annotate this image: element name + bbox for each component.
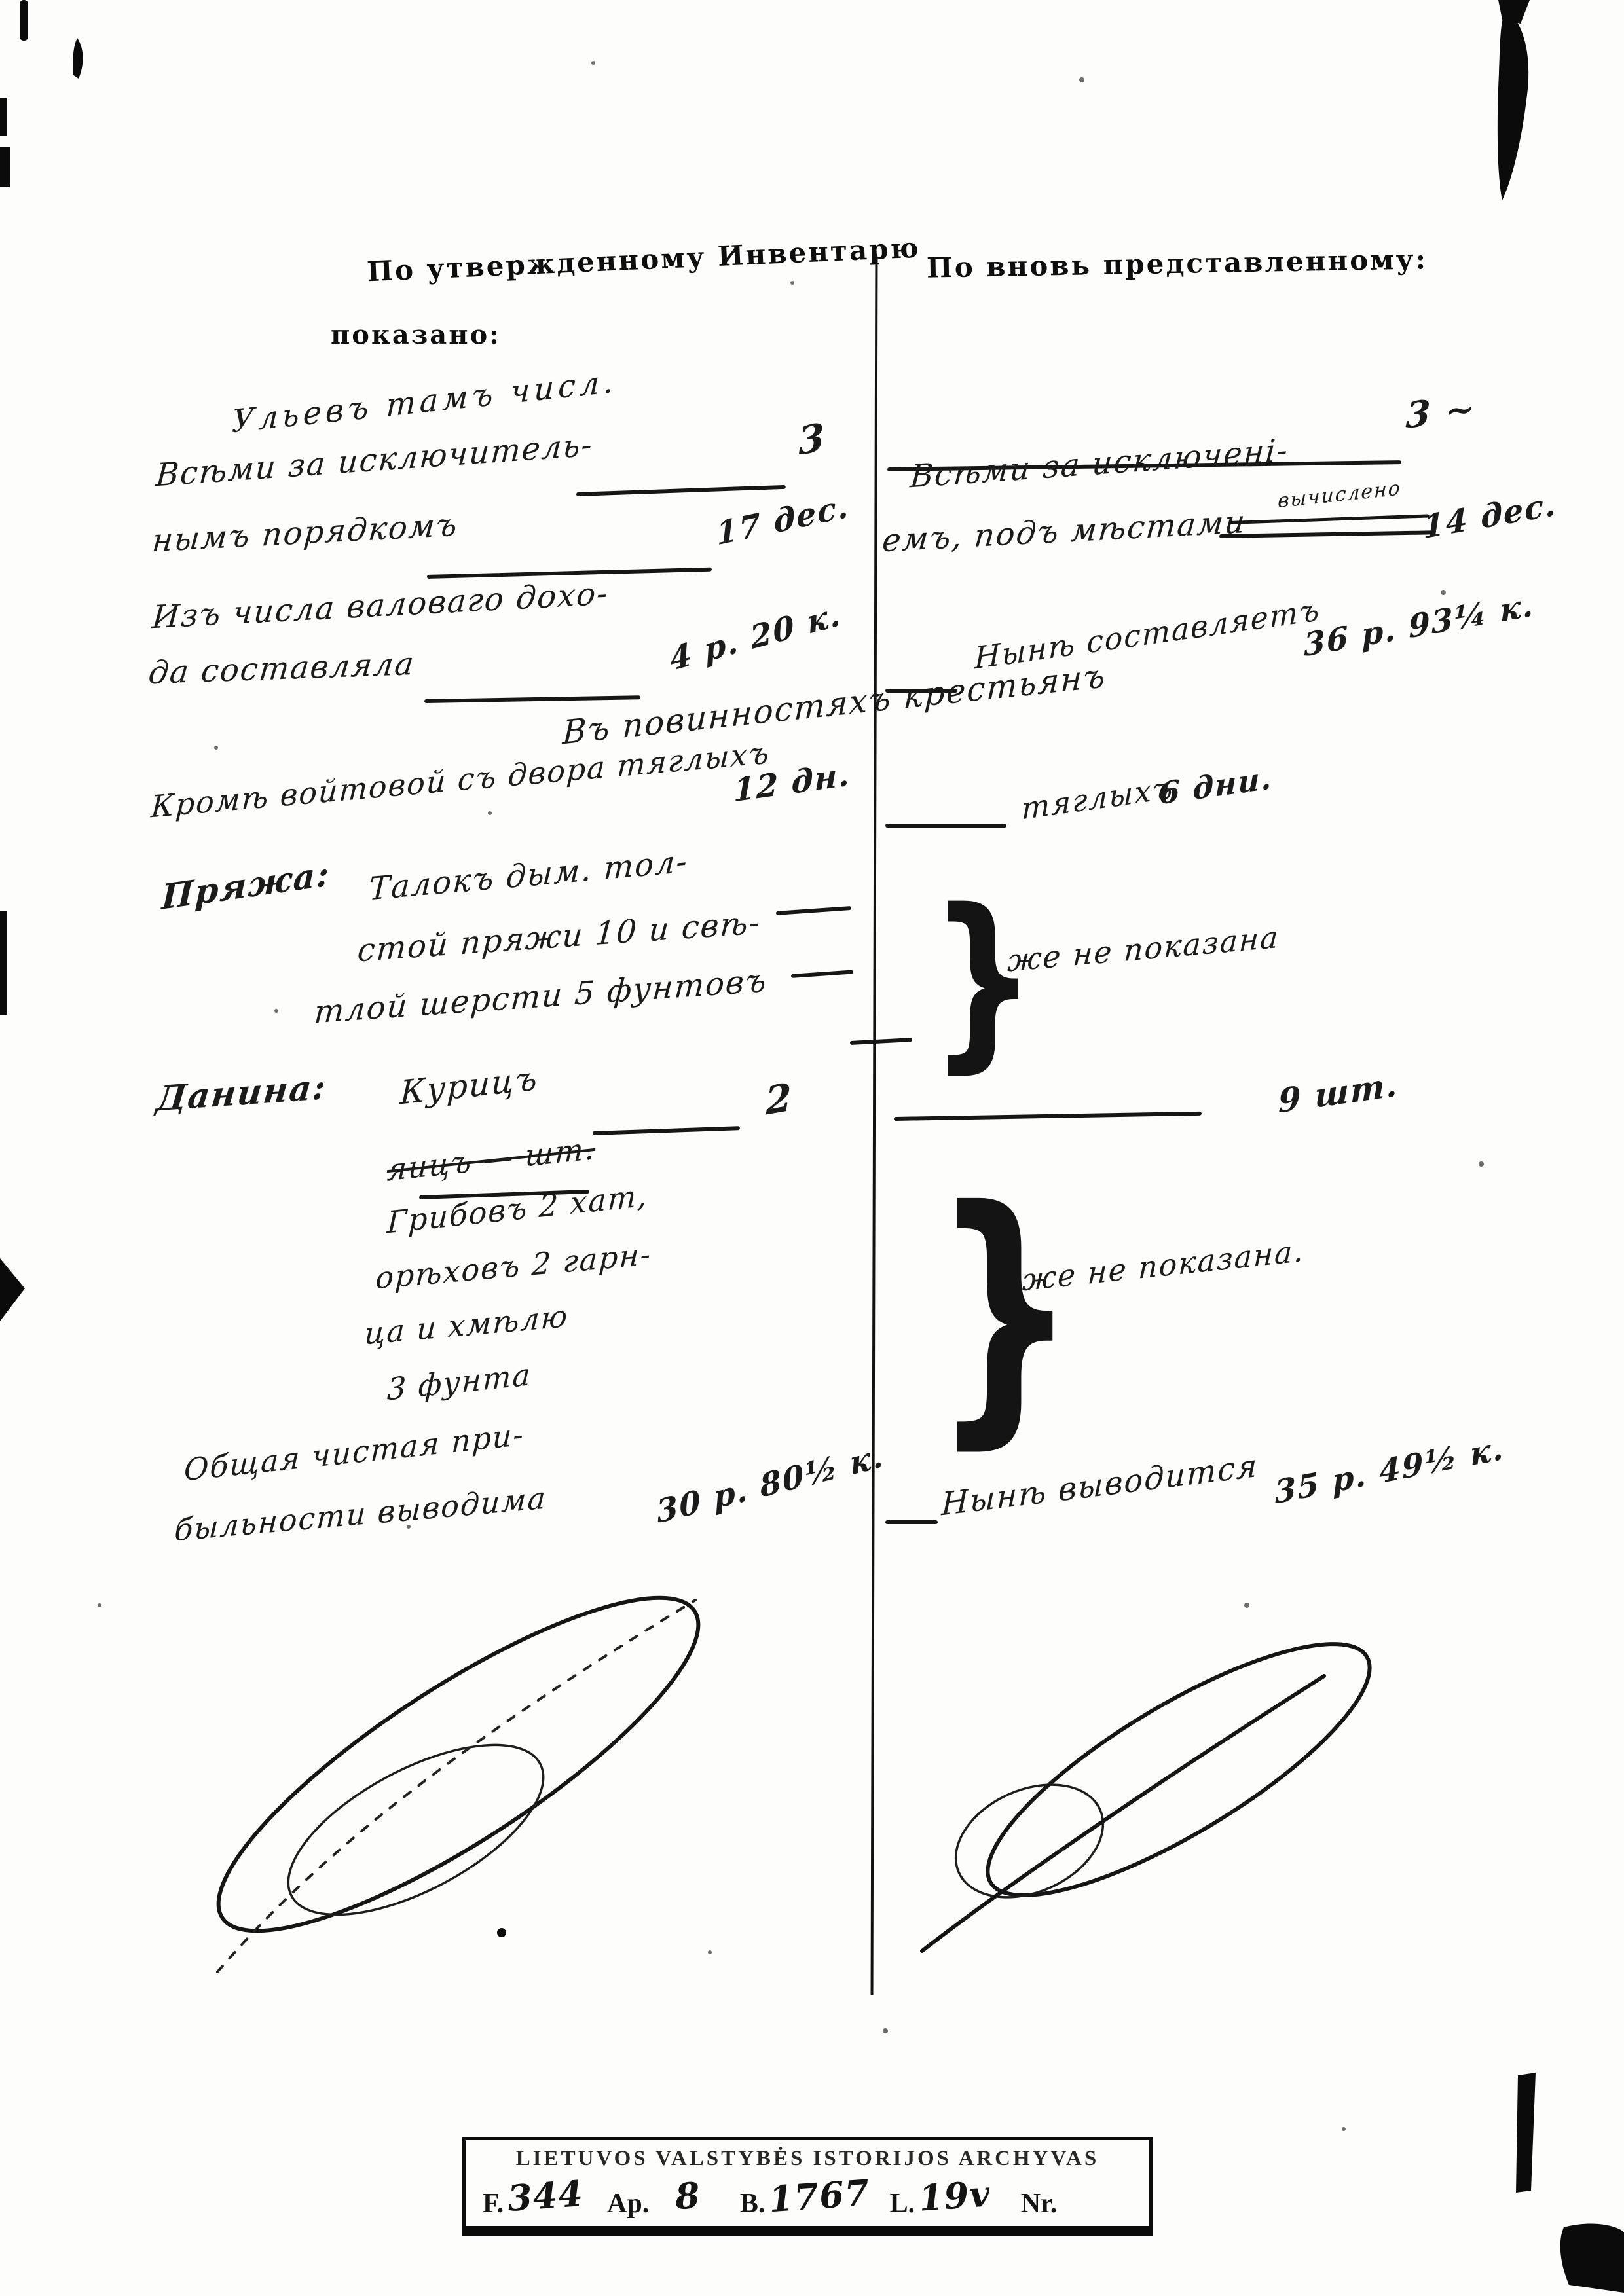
stamp-byla-value: 1767 [767,2172,871,2221]
stamp-fond-label: F. [483,2188,504,2219]
paper-speck [591,61,595,65]
ink-blot-top-right [1498,9,1528,200]
stamp-apyrasas-value: 8 [674,2174,702,2218]
archive-stamp: LIETUVOS VALSTYBĖS ISTORIJOS ARCHYVAS F.… [462,2137,1153,2236]
paper-speck [488,811,492,815]
stamp-apyrasas-label: Ap. [607,2188,649,2219]
paper-speck [883,2028,888,2033]
stamp-nr-label: Nr. [1021,2188,1058,2219]
paper-speck [274,1009,278,1013]
stamp-lapas-label: L. [890,2188,915,2219]
scanned-archival-document-page: По утвержденному Инвентарю По вновь пред… [0,0,1624,2296]
ink-bar-bottom-right [1516,2073,1536,2193]
small-ink-dot [497,1928,506,1937]
signature-flourish-left-tail [217,1600,695,1972]
paper-speck [1441,590,1446,595]
paper-speck [407,1525,411,1529]
paper-speck [790,281,794,285]
ink-blot-bottom-right-corner [1560,2224,1624,2293]
signature-flourish-left [180,1546,737,1982]
paper-speck [1244,1603,1249,1608]
paper-speck [1479,1161,1484,1167]
stamp-fond-value: 344 [506,2172,585,2219]
ink-mark-top-left [73,38,83,79]
stamp-byla-label: B. [740,2188,766,2219]
left-edge-triangle-mark [0,1258,25,1321]
left-edge-mark [0,98,7,136]
left-edge-mark [0,911,7,1015]
left-edge-mark [0,147,10,187]
paper-speck [1342,2127,1346,2131]
stamp-lapas-value: 19v [917,2172,992,2219]
paper-speck [1079,77,1084,82]
paper-speck [214,746,218,750]
paper-speck [98,1603,101,1607]
signature-flourish-right-stroke [922,1676,1324,1951]
signature-flourish-left-inner-loop [263,1711,568,1949]
ink-mark-top-left-edge [20,0,28,41]
signature-flourish-right-inner-loop [938,1763,1120,1920]
archive-stamp-reference-row: F. 344 Ap. 8 B. 1767 L. 19v Nr. [483,2179,1139,2221]
archive-stamp-title: LIETUVOS VALSTYBĖS ISTORIJOS ARCHYVAS [466,2147,1149,2171]
ink-artifacts-layer [0,0,1624,2296]
paper-speck [708,1950,712,1954]
